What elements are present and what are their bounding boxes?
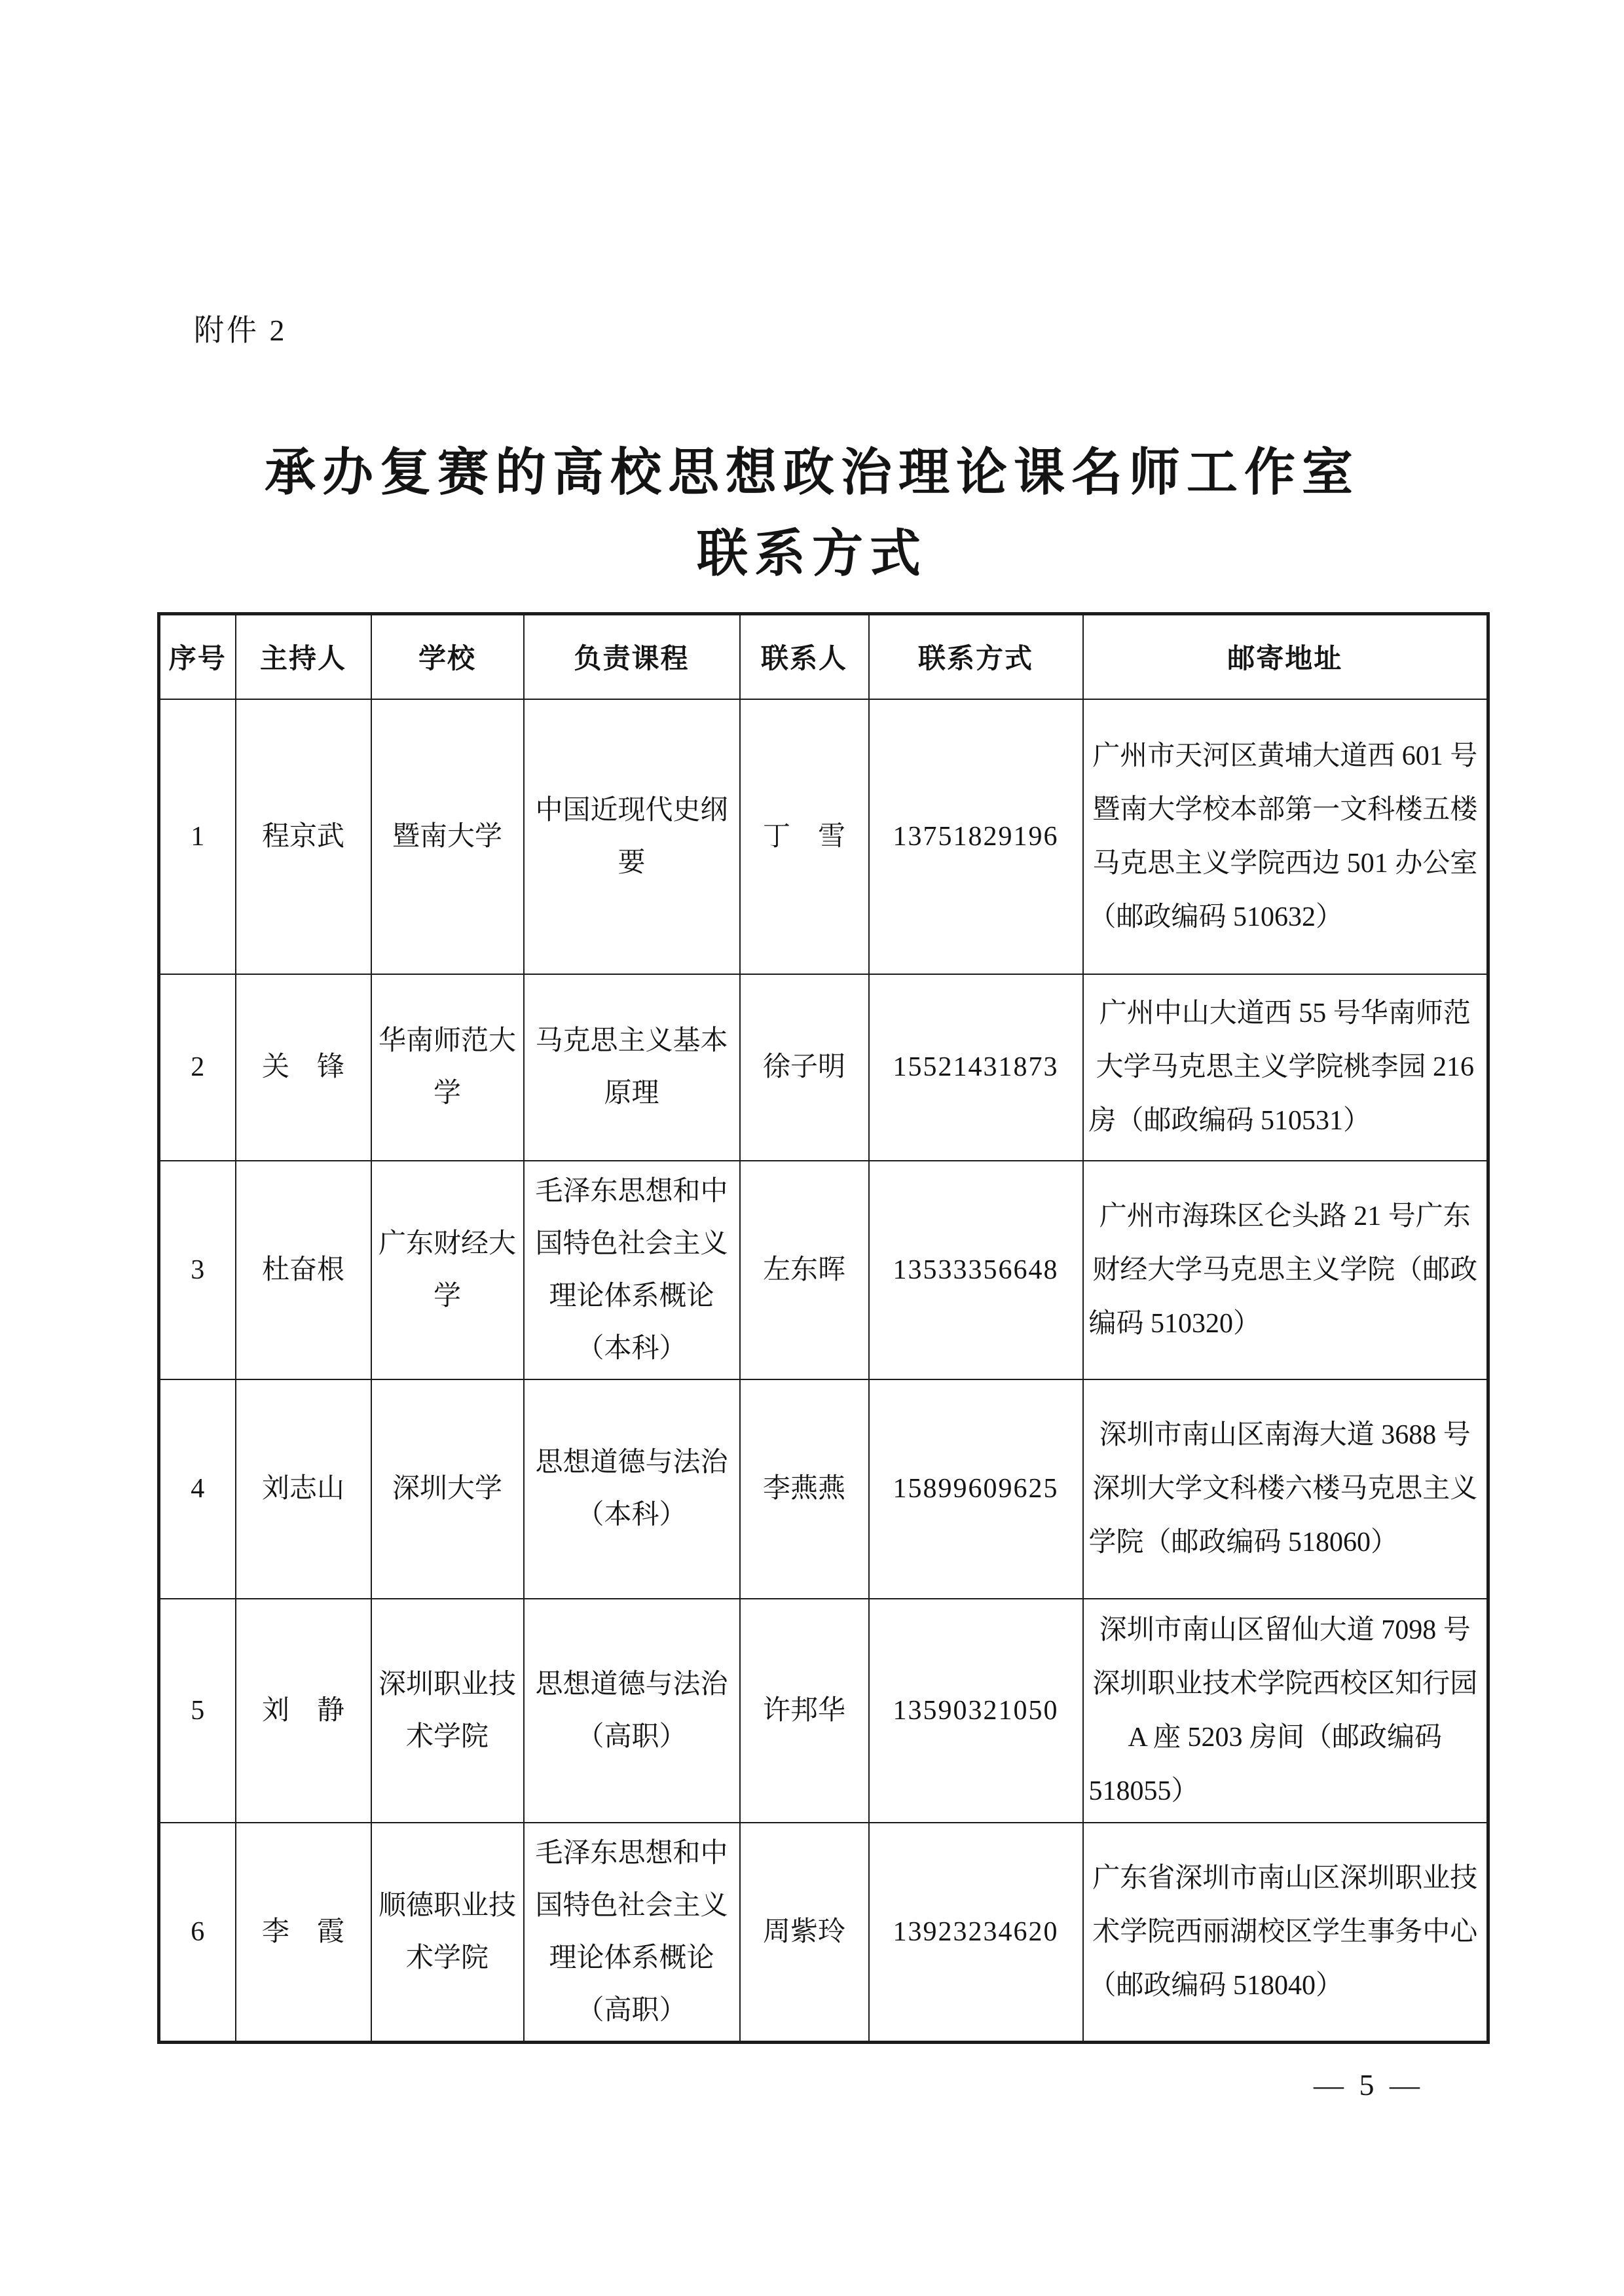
row-index-cell: 1 (159, 699, 236, 974)
document-title-line1: 承办复赛的高校思想政治理论课名师工作室 (147, 432, 1477, 513)
row-school-cell: 华南师范大学 (371, 974, 524, 1161)
table-body: 1 程京武 暨南大学 中国近现代史纲要 丁 雪 13751829196 广州市天… (159, 699, 1488, 2043)
row-address-cell: 深圳市南山区南海大道 3688 号深圳大学文科楼六楼马克思主义学院（邮政编码 5… (1083, 1379, 1488, 1599)
row-course-cell: 思想道德与法治（本科） (524, 1379, 740, 1599)
row-host-cell: 刘志山 (236, 1379, 371, 1599)
document-page: 附件 2 承办复赛的高校思想政治理论课名师工作室 联系方式 序号 主持人 学校 … (0, 0, 1624, 2296)
page-number: — 5 — (1270, 2068, 1467, 2102)
row-school-cell: 顺德职业技术学院 (371, 1823, 524, 2043)
document-title-line2: 联系方式 (147, 513, 1477, 594)
row-contact-person-cell: 左东晖 (740, 1161, 869, 1379)
attachment-label: 附件 2 (194, 306, 287, 350)
row-phone-cell: 15899609625 (869, 1379, 1083, 1599)
table-header-row: 序号 主持人 学校 负责课程 联系人 联系方式 邮寄地址 (159, 614, 1488, 699)
column-header-contact: 联系人 (740, 614, 869, 699)
row-course-cell: 中国近现代史纲要 (524, 699, 740, 974)
row-index-cell: 4 (159, 1379, 236, 1599)
row-index-cell: 3 (159, 1161, 236, 1379)
table-row: 6 李 霞 顺德职业技术学院 毛泽东思想和中国特色社会主义理论体系概论（高职） … (159, 1823, 1488, 2043)
row-address-cell: 深圳市南山区留仙大道 7098 号深圳职业技术学院西校区知行园 A 座 5203… (1083, 1599, 1488, 1823)
table-row: 2 关 锋 华南师范大学 马克思主义基本原理 徐子明 15521431873 广… (159, 974, 1488, 1161)
row-host-cell: 杜奋根 (236, 1161, 371, 1379)
contact-table: 序号 主持人 学校 负责课程 联系人 联系方式 邮寄地址 1 程京武 暨南大学 … (157, 612, 1490, 2044)
row-school-cell: 深圳职业技术学院 (371, 1599, 524, 1823)
column-header-phone: 联系方式 (869, 614, 1083, 699)
row-phone-cell: 13590321050 (869, 1599, 1083, 1823)
row-address-cell: 广州市天河区黄埔大道西 601 号暨南大学校本部第一文科楼五楼马克思主义学院西边… (1083, 699, 1488, 974)
row-school-cell: 广东财经大学 (371, 1161, 524, 1379)
row-index-cell: 6 (159, 1823, 236, 2043)
row-course-cell: 思想道德与法治（高职） (524, 1599, 740, 1823)
row-phone-cell: 15521431873 (869, 974, 1083, 1161)
column-header-course: 负责课程 (524, 614, 740, 699)
row-host-cell: 刘 静 (236, 1599, 371, 1823)
row-course-cell: 马克思主义基本原理 (524, 974, 740, 1161)
row-contact-person-cell: 李燕燕 (740, 1379, 869, 1599)
table-row: 1 程京武 暨南大学 中国近现代史纲要 丁 雪 13751829196 广州市天… (159, 699, 1488, 974)
table-row: 5 刘 静 深圳职业技术学院 思想道德与法治（高职） 许邦华 135903210… (159, 1599, 1488, 1823)
column-header-host: 主持人 (236, 614, 371, 699)
column-header-index: 序号 (159, 614, 236, 699)
row-address-cell: 广州市海珠区仑头路 21 号广东财经大学马克思主义学院（邮政编码 510320） (1083, 1161, 1488, 1379)
row-school-cell: 深圳大学 (371, 1379, 524, 1599)
row-host-cell: 程京武 (236, 699, 371, 974)
column-header-school: 学校 (371, 614, 524, 699)
row-index-cell: 2 (159, 974, 236, 1161)
row-phone-cell: 13923234620 (869, 1823, 1083, 2043)
row-course-cell: 毛泽东思想和中国特色社会主义理论体系概论（高职） (524, 1823, 740, 2043)
table-row: 3 杜奋根 广东财经大学 毛泽东思想和中国特色社会主义理论体系概论（本科） 左东… (159, 1161, 1488, 1379)
table-row: 4 刘志山 深圳大学 思想道德与法治（本科） 李燕燕 15899609625 深… (159, 1379, 1488, 1599)
row-school-cell: 暨南大学 (371, 699, 524, 974)
row-contact-person-cell: 徐子明 (740, 974, 869, 1161)
row-phone-cell: 13533356648 (869, 1161, 1083, 1379)
row-address-cell: 广东省深圳市南山区深圳职业技术学院西丽湖校区学生事务中心（邮政编码 518040… (1083, 1823, 1488, 2043)
row-host-cell: 李 霞 (236, 1823, 371, 2043)
column-header-address: 邮寄地址 (1083, 614, 1488, 699)
row-contact-person-cell: 丁 雪 (740, 699, 869, 974)
row-index-cell: 5 (159, 1599, 236, 1823)
row-address-cell: 广州中山大道西 55 号华南师范大学马克思主义学院桃李园 216 房（邮政编码 … (1083, 974, 1488, 1161)
row-host-cell: 关 锋 (236, 974, 371, 1161)
row-contact-person-cell: 周紫玲 (740, 1823, 869, 2043)
row-phone-cell: 13751829196 (869, 699, 1083, 974)
row-course-cell: 毛泽东思想和中国特色社会主义理论体系概论（本科） (524, 1161, 740, 1379)
document-title: 承办复赛的高校思想政治理论课名师工作室 联系方式 (147, 432, 1477, 594)
row-contact-person-cell: 许邦华 (740, 1599, 869, 1823)
